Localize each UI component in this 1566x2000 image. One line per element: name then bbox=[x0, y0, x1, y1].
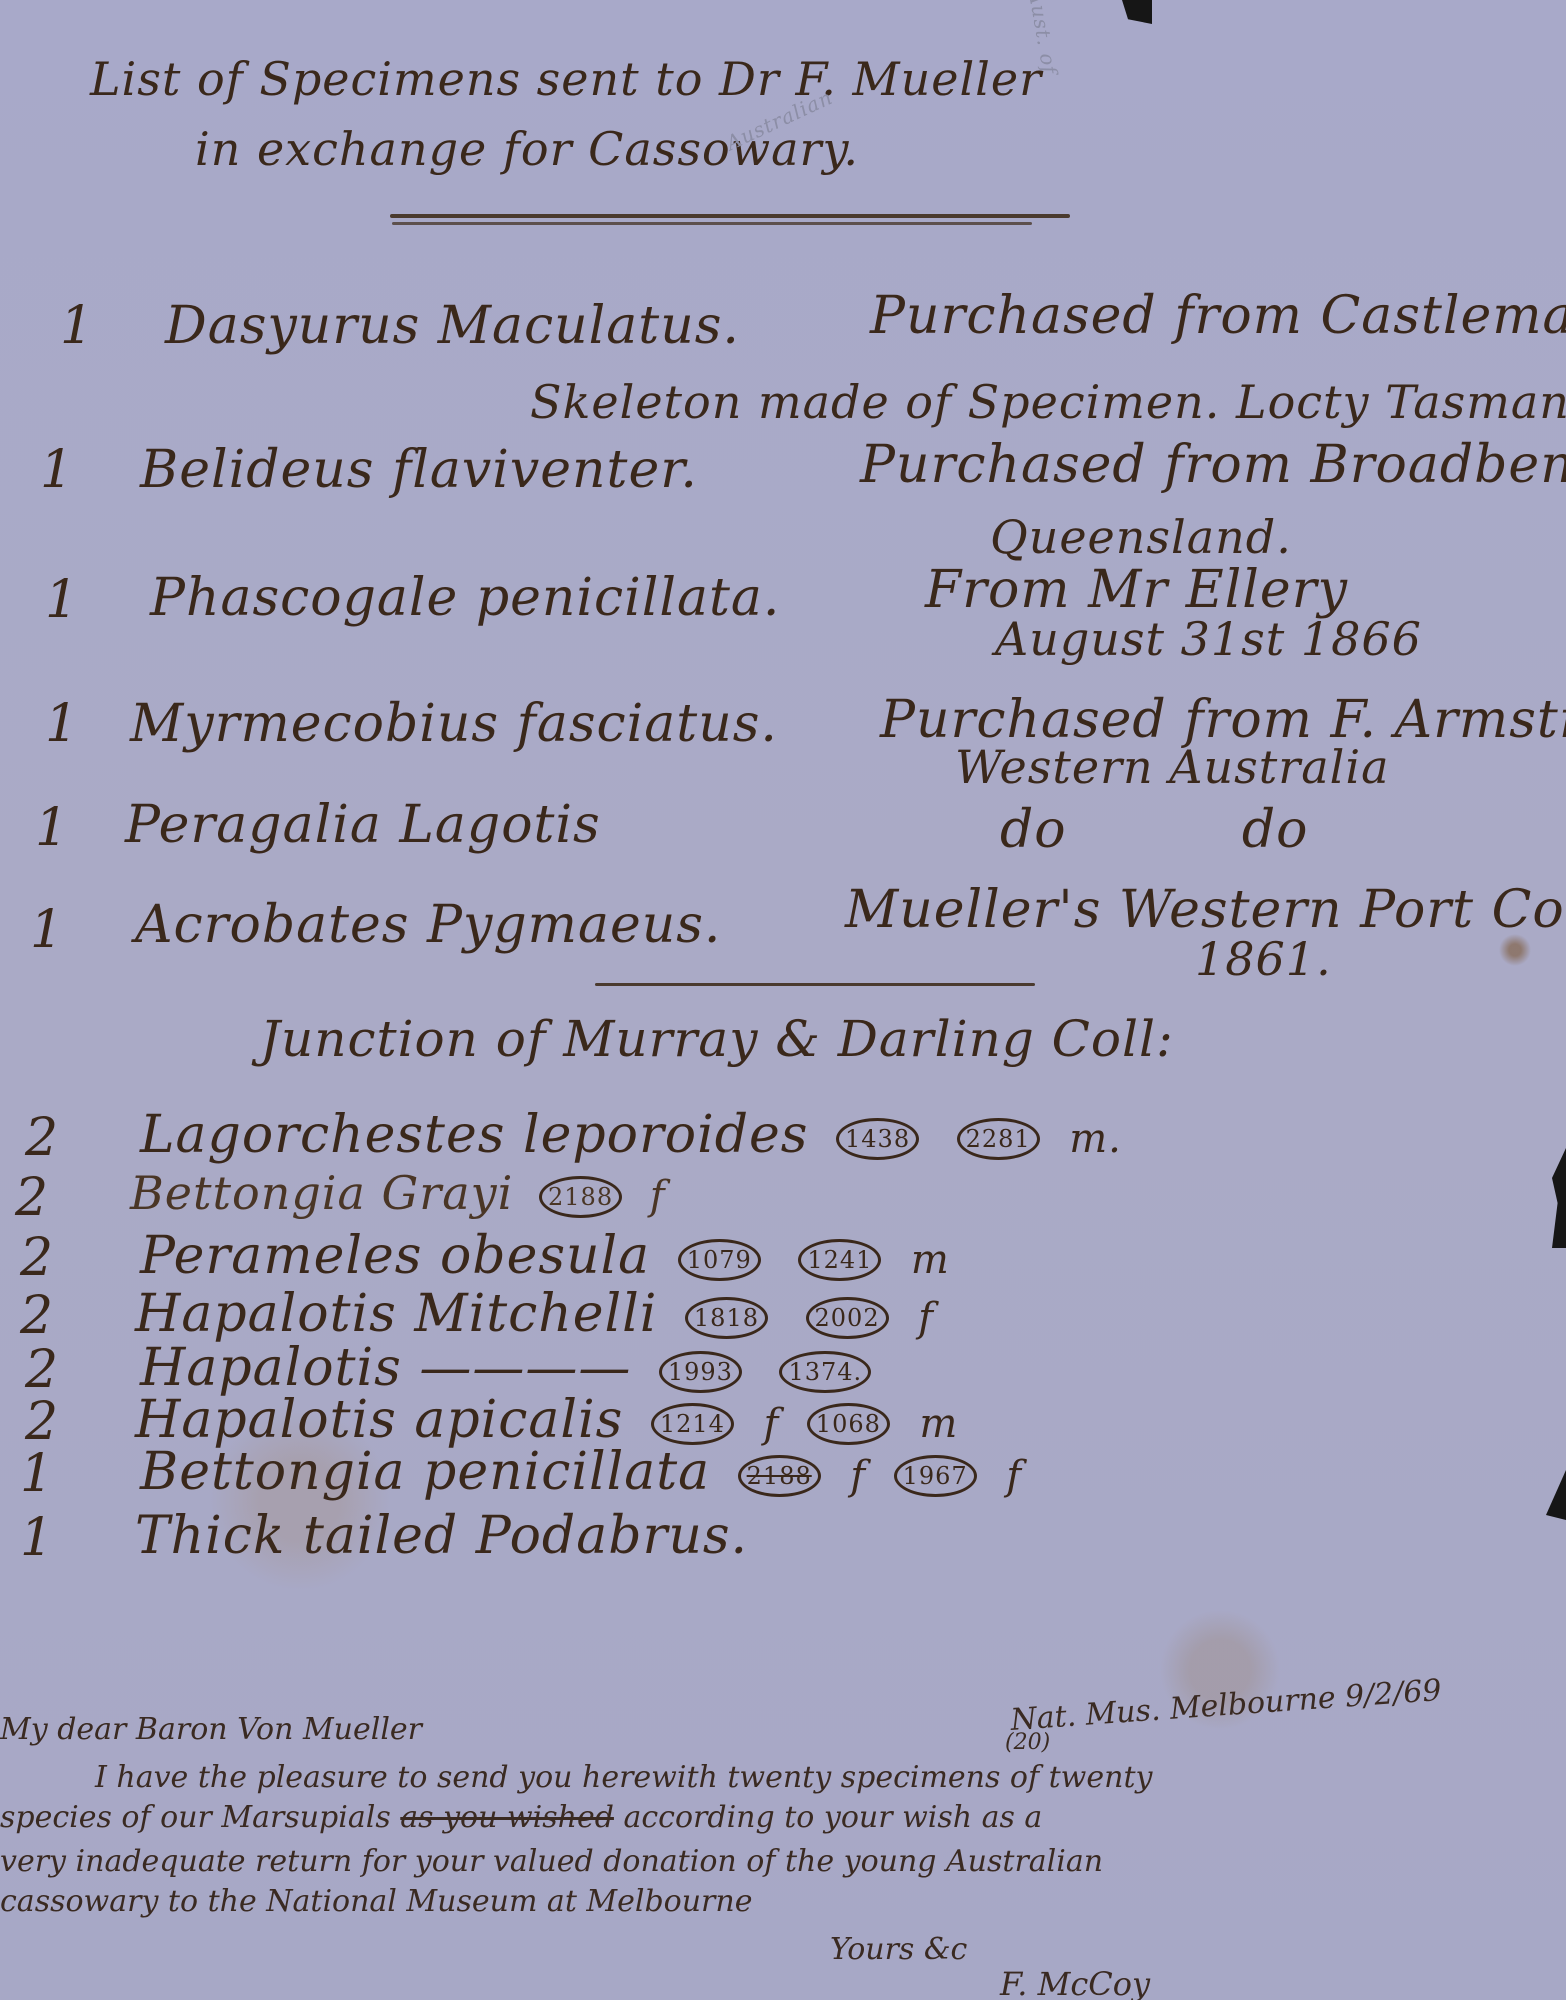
specimen-number-tag: 2002 bbox=[806, 1297, 889, 1339]
entry-note: Purchased from Broadbent bbox=[860, 435, 1566, 495]
entry-name: Bettongia Grayi bbox=[130, 1166, 513, 1220]
entry-qty: 2 bbox=[20, 1286, 54, 1346]
specimen-number-tag-struck: 2188 bbox=[738, 1455, 821, 1497]
entry-qty: 1 bbox=[45, 694, 79, 754]
specimen-number-tag: 1967 bbox=[894, 1455, 977, 1497]
entry-note: Mueller's Western Port Coll bbox=[845, 880, 1566, 940]
letter-closing: Yours &c bbox=[830, 1932, 967, 1967]
entry-note: Purchased from Castlemain bbox=[870, 286, 1566, 346]
letter-signature: F. McCoy bbox=[1000, 1965, 1150, 2000]
entry-name: Lagorchestes leporoides bbox=[140, 1105, 808, 1165]
entry-name: Peragalia Lagotis bbox=[125, 795, 601, 855]
entry-note-2: August 31st 1866 bbox=[995, 612, 1422, 666]
entry-name: Hapalotis ———— bbox=[140, 1338, 631, 1398]
entry-name: Perameles obesula bbox=[140, 1226, 650, 1286]
sex-marker: f bbox=[850, 1453, 866, 1499]
specimen-number-tag: 2281 bbox=[957, 1118, 1040, 1160]
letter-salutation: My dear Baron Von Mueller bbox=[0, 1712, 422, 1747]
entry-qty: 1 bbox=[60, 296, 94, 356]
specimen-number-tag: 1214 bbox=[651, 1403, 734, 1445]
entry-name: Dasyurus Maculatus. bbox=[165, 296, 740, 356]
specimen-number-tag: 1241 bbox=[798, 1239, 881, 1281]
entry-name: Hapalotis apicalis bbox=[135, 1390, 623, 1450]
specimen-number-tag: 1438 bbox=[836, 1118, 919, 1160]
entry-qty: 1 bbox=[35, 798, 69, 858]
specimen-number-tag: 2188 bbox=[539, 1176, 622, 1218]
entry-name: Hapalotis Mitchelli bbox=[135, 1284, 657, 1344]
entry-qty: 1 bbox=[20, 1508, 54, 1568]
letter-line-1: I have the pleasure to send you herewith… bbox=[95, 1760, 1152, 1795]
specimen-number-tag: 1079 bbox=[678, 1239, 761, 1281]
entry-qty: 2 bbox=[20, 1228, 54, 1288]
sex-marker: f bbox=[763, 1401, 779, 1447]
letter-line-3: very inadequate return for your valued d… bbox=[0, 1844, 1103, 1879]
entry-name: Phascogale penicillata. bbox=[150, 568, 780, 628]
entry-note-2: Queensland. bbox=[990, 510, 1292, 564]
letter-line-2-end: according to your wish as a bbox=[623, 1800, 1042, 1835]
letter-line-4: cassowary to the National Museum at Melb… bbox=[0, 1884, 752, 1919]
entry-qty: 1 bbox=[45, 570, 79, 630]
entry-row: Bettongia Grayi 2188 f bbox=[130, 1166, 666, 1220]
sex-marker: m bbox=[919, 1401, 958, 1447]
entry-row: Bettongia penicillata 2188 f 1967 f bbox=[140, 1442, 1022, 1502]
sex-marker: m. bbox=[1069, 1116, 1122, 1162]
entry-row: Perameles obesula 1079 1241 m bbox=[140, 1226, 950, 1286]
sex-marker: m bbox=[911, 1237, 950, 1283]
struck-words: as you wished bbox=[400, 1800, 614, 1835]
entry-row: Lagorchestes leporoides 1438 2281 m. bbox=[140, 1105, 1122, 1165]
specimen-number-tag: 1068 bbox=[807, 1403, 890, 1445]
specimen-number-tag: 1993 bbox=[659, 1351, 742, 1393]
entry-row: Hapalotis ———— 1993 1374. bbox=[140, 1338, 881, 1398]
entry-qty: 2 bbox=[15, 1168, 49, 1228]
entry-row: Hapalotis Mitchelli 1818 2002 f bbox=[135, 1284, 934, 1344]
entry-note-2: Skeleton made of Specimen. Locty Tasmani… bbox=[530, 375, 1566, 429]
sex-marker: f bbox=[650, 1173, 666, 1219]
letter-line-2: species of our Marsupials as you wished … bbox=[0, 1800, 1042, 1835]
section-2-heading: Junction of Murray & Darling Coll: bbox=[260, 1010, 1174, 1068]
entry-qty: 1 bbox=[30, 900, 64, 960]
title-line-1: List of Specimens sent to Dr F. Mueller bbox=[90, 52, 1042, 106]
entry-qty: 1 bbox=[40, 440, 74, 500]
entry-qty: 2 bbox=[25, 1108, 59, 1168]
entry-name: Thick tailed Podabrus. bbox=[135, 1506, 748, 1566]
entry-name: Belideus flaviventer. bbox=[140, 440, 698, 500]
entry-qty: 2 bbox=[25, 1340, 59, 1400]
entry-row: Hapalotis apicalis 1214 f 1068 m bbox=[135, 1390, 958, 1450]
letter-count-note: (20) bbox=[1005, 1730, 1050, 1755]
title-underline bbox=[390, 214, 1070, 218]
entry-name: Acrobates Pygmaeus. bbox=[135, 895, 721, 955]
specimen-number-tag: 1374. bbox=[779, 1351, 871, 1393]
entry-note-2: 1861. bbox=[1195, 932, 1332, 986]
sex-marker: f bbox=[1006, 1453, 1022, 1499]
sex-marker: f bbox=[918, 1295, 934, 1341]
entry-note-2: Western Australia bbox=[955, 740, 1390, 794]
entry-name: Myrmecobius fasciatus. bbox=[130, 694, 778, 754]
entry-qty: 2 bbox=[25, 1392, 59, 1452]
title-underline-2 bbox=[392, 222, 1032, 225]
entry-note: From Mr Ellery bbox=[925, 560, 1348, 620]
entry-qty: 1 bbox=[20, 1444, 54, 1504]
specimen-number-tag: 1818 bbox=[685, 1297, 768, 1339]
entry-name: Bettongia penicillata bbox=[140, 1442, 710, 1502]
letter-line-2-start: species of our Marsupials bbox=[0, 1800, 391, 1835]
section-divider bbox=[595, 983, 1035, 986]
entry-note: do do bbox=[1000, 800, 1308, 860]
